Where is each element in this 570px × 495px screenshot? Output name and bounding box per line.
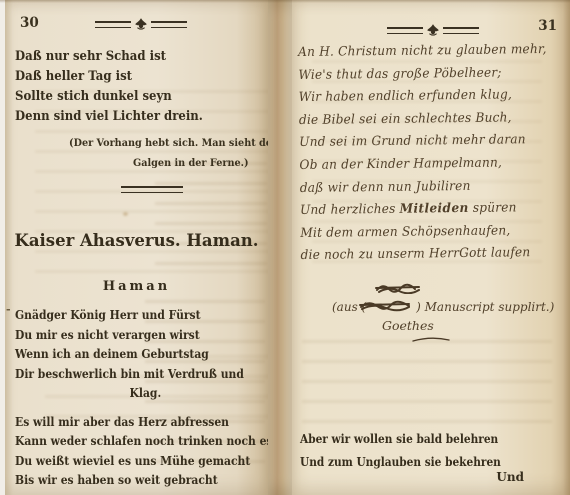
crossed-out-word [375, 281, 421, 294]
stage-direction-line: (Der Vorhang hebt sich. Man sieht den [69, 137, 279, 149]
speech-line: Kann weder schlafen noch trinken noch es… [15, 431, 297, 451]
poem-block: Daß nur sehr Schad ist Daß heller Tag is… [15, 47, 203, 127]
manuscript-line: die Bibel sei ein schlechtes Buch, [299, 107, 548, 133]
scene-heading: Kaiser Ahasverus. Haman. [5, 231, 268, 250]
manuscript-line-part: spüren [469, 200, 517, 216]
manuscript-line: Mit dem armen Schöpsenhaufen, [300, 220, 549, 246]
show-through-texture [302, 340, 552, 440]
header-ornament [95, 17, 187, 31]
manuscript-line: Wie's thut das große Pöbelheer; [298, 62, 547, 88]
printed-line: Und zum Unglauben sie bekehren [300, 451, 501, 474]
poem-line: Sollte stich dunkel seyn [15, 87, 203, 107]
margin-mark: - [6, 303, 11, 316]
poem-line: Daß nur sehr Schad ist [15, 47, 203, 67]
top-edge-shadow [0, 0, 570, 3]
fleuron-icon [133, 18, 149, 31]
manuscript-line: Wir haben endlich erfunden klug, [299, 84, 548, 110]
double-rule [443, 27, 479, 34]
double-rule [95, 21, 131, 28]
stanza-gap [15, 403, 297, 412]
attribution-close: ) Manuscript supplirt.) [416, 299, 554, 314]
speech-line: Es will mir aber das Herz abfressen [15, 412, 297, 432]
manuscript-verse-block: An H. Christum nicht zu glauben mehr, Wi… [298, 39, 549, 268]
speech-line: Gnädger König Herr und Fürst [15, 305, 297, 325]
manuscript-line: Und herzliches Mitleiden spüren [300, 197, 549, 223]
speech-line: Du weißt wieviel es uns Mühe gemacht [15, 451, 297, 471]
manuscript-line: daß wir denn nun Jubiliren [300, 175, 549, 201]
speech-line: Bis wir es haben so weit gebracht [15, 470, 297, 490]
catchword: Und [496, 470, 524, 484]
show-through-texture [155, 162, 267, 272]
speech-line: Wenn ich an deinem Geburtstag [15, 344, 297, 364]
speech-line-overflow: Klag. [15, 383, 161, 403]
page-number-right: 31 [538, 18, 557, 34]
poem-line: Daß heller Tag ist [15, 67, 203, 87]
speech-block: Gnädger König Herr und Fürst Du mir es n… [15, 305, 297, 490]
manuscript-emphasized-word: Mitleiden [399, 201, 468, 217]
printed-verse-block: Aber wir wollen sie bald belehren Und zu… [300, 428, 501, 474]
page-number-left: 30 [20, 15, 39, 31]
double-rule [387, 27, 423, 34]
book-photo: 30 Daß nur sehr Schad ist Daß heller Tag… [0, 0, 570, 495]
header-ornament [387, 23, 479, 37]
double-rule [151, 21, 187, 28]
underline-flourish [412, 336, 450, 344]
manuscript-line-part: Und herzliches [300, 202, 400, 218]
printed-line: Aber wir wollen sie bald belehren [300, 428, 501, 451]
right-page: 31 An H. Christum nicht zu glauben mehr,… [292, 0, 570, 495]
attribution-inserted-word: Goethes [382, 318, 434, 333]
foxing-spot [123, 212, 128, 216]
speech-line: Du mir es nicht verargen wirst [15, 325, 297, 345]
poem-line: Denn sind viel Lichter drein. [15, 107, 203, 127]
book-gutter [268, 0, 292, 495]
speech-line: Dir beschwerlich bin mit Verdruß und [15, 364, 297, 384]
manuscript-line: Ob an der Kinder Hampelmann, [299, 152, 548, 178]
manuscript-line: Und sei im Grund nicht mehr daran [299, 129, 548, 155]
manuscript-line: An H. Christum nicht zu glauben mehr, [298, 39, 547, 65]
stage-direction-line: Galgen in der Ferne.) [133, 157, 249, 169]
crossed-out-word [359, 297, 411, 312]
section-divider-rule [121, 186, 183, 193]
left-page: 30 Daß nur sehr Schad ist Daß heller Tag… [5, 0, 268, 495]
fore-edge-shadow [563, 0, 570, 495]
fleuron-icon [425, 24, 441, 37]
manuscript-line: die noch zu unserm HerrGott laufen [300, 242, 549, 268]
speaker-name: Haman [5, 279, 268, 294]
